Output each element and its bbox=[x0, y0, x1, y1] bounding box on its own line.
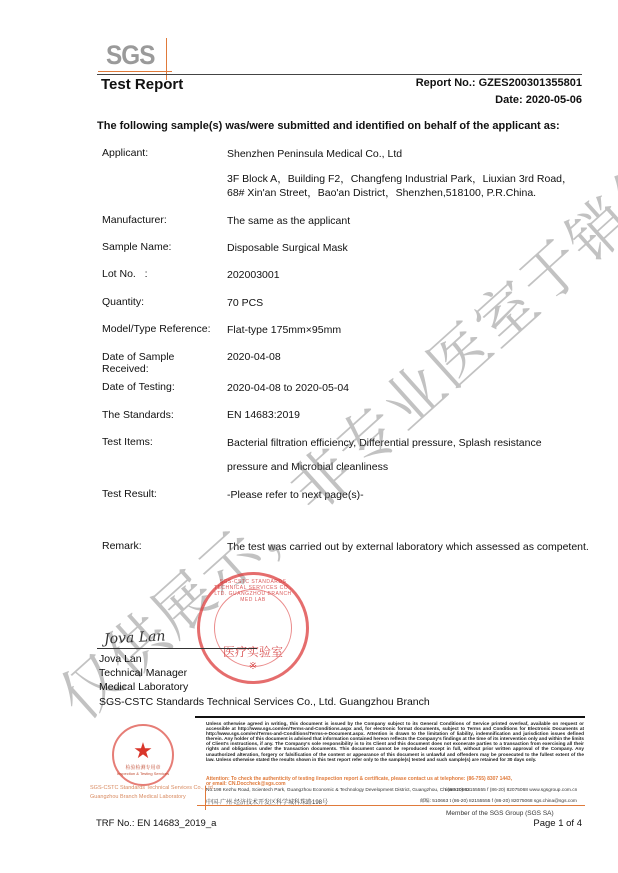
applicant-label: Applicant: bbox=[102, 147, 148, 160]
terms-fine-print: Unless otherwise agreed in writing, this… bbox=[206, 721, 584, 762]
logo-line bbox=[98, 71, 172, 72]
quantity-label: Quantity: bbox=[102, 296, 144, 309]
official-seal: SGS-CSTC STANDARDS TECHNICAL SERVICES CO… bbox=[197, 572, 309, 684]
applicant-address-line1: 3F Block A，Building F2，Changfeng Industr… bbox=[227, 172, 573, 186]
contact-chinese: 邮编: 510663 t (86-20) 82155555 f (86-20) … bbox=[420, 797, 577, 804]
sgs-logo: SGS bbox=[98, 38, 158, 74]
date-received-label-2: Received: bbox=[102, 363, 149, 376]
lot-no-value: 202003001 bbox=[227, 268, 280, 282]
sample-name-label: Sample Name: bbox=[102, 241, 171, 254]
test-items-value: Bacterial filtration efficiency, Differe… bbox=[227, 436, 542, 450]
remark-label: Remark: bbox=[102, 540, 142, 553]
test-items-value-2: pressure and Microbial cleanliness bbox=[227, 460, 388, 474]
header-divider bbox=[97, 74, 582, 75]
contact-english: t (86-20) 82155555 f (86-20) 82075068 ww… bbox=[445, 788, 577, 793]
signatory-name: Jova Lan bbox=[99, 652, 142, 666]
signatory-title: Technical Manager bbox=[99, 666, 187, 680]
page-indicator: Page 1 of 4 bbox=[533, 818, 582, 829]
footer-divider bbox=[195, 716, 585, 718]
manufacturer-label: Manufacturer: bbox=[102, 214, 167, 227]
intro-statement: The following sample(s) was/were submitt… bbox=[97, 120, 560, 132]
inspection-stamp: ★ 检验检测专用章 Inspection & Testing Services … bbox=[90, 722, 190, 800]
stamp-company-line: SGS-CSTC Standards Technical Services Co… bbox=[90, 785, 214, 791]
standards-label: The Standards: bbox=[102, 409, 174, 418]
signatory-company: SGS-CSTC Standards Technical Services Co… bbox=[99, 695, 430, 709]
quantity-value: 70 PCS bbox=[227, 296, 263, 310]
logo-text: SGS bbox=[106, 40, 155, 71]
authenticity-email: or email: CN.Doccheck@sgs.com bbox=[206, 782, 286, 788]
stamp-cn-text: 检验检测专用章 bbox=[114, 764, 172, 771]
applicant-address-line2: 68# Xin'an Street，Bao'an District，Shenzh… bbox=[227, 186, 536, 200]
sgs-member-note: Member of the SGS Group (SGS SA) bbox=[446, 810, 554, 817]
footer-orange-rule bbox=[197, 805, 585, 806]
seal-ring-text: SGS-CSTC STANDARDS TECHNICAL SERVICES CO… bbox=[210, 579, 296, 603]
test-items-label: Test Items: bbox=[102, 436, 153, 449]
signature: Jova Lan bbox=[104, 628, 166, 647]
address-english: No.198 Kezhu Road, Scientech Park, Guang… bbox=[206, 788, 470, 793]
model-label: Model/Type Reference: bbox=[102, 323, 211, 336]
date-testing-label: Date of Testing: bbox=[102, 381, 175, 394]
report-date: Date: 2020-05-06 bbox=[495, 94, 582, 106]
manufacturer-value: The same as the applicant bbox=[227, 214, 350, 228]
report-title: Test Report bbox=[101, 76, 183, 93]
seal-label: 医疗实验室 bbox=[200, 643, 306, 660]
model-value: Flat-type 175mm×95mm bbox=[227, 323, 341, 337]
report-number: Report No.: GZES200301355801 bbox=[416, 77, 582, 89]
applicant-value: Shenzhen Peninsula Medical Co., Ltd bbox=[227, 147, 402, 161]
remark-value: The test was carried out by external lab… bbox=[227, 540, 589, 554]
date-received-value: 2020-04-08 bbox=[227, 350, 281, 364]
test-result-value: -Please refer to next page(s)- bbox=[227, 488, 364, 502]
signatory-department: Medical Laboratory bbox=[99, 680, 188, 694]
stamp-circle: ★ 检验检测专用章 Inspection & Testing Services bbox=[112, 724, 174, 786]
trf-number: TRF No.: EN 14683_2019_a bbox=[96, 818, 216, 829]
standards-value: EN 14683:2019 bbox=[227, 408, 300, 418]
stamp-en-text: Inspection & Testing Services bbox=[114, 771, 172, 776]
star-icon: ★ bbox=[114, 738, 172, 764]
sample-name-value: Disposable Surgical Mask bbox=[227, 241, 348, 255]
date-testing-value: 2020-04-08 to 2020-05-04 bbox=[227, 381, 349, 395]
test-result-label: Test Result: bbox=[102, 488, 157, 501]
stamp-branch-line: Guangzhou Branch Medical Laboratory bbox=[90, 794, 186, 800]
signature-line bbox=[97, 648, 257, 649]
seal-mark-icon: ※ bbox=[200, 661, 306, 672]
lot-no-label: Lot No. : bbox=[102, 268, 148, 281]
